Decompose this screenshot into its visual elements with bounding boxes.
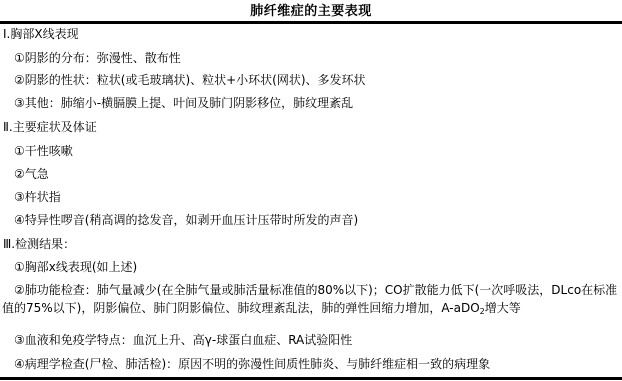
symptom-item-rales: ④特异性啰音(稍高调的捻发音，如剥开血压计压带时所发的声音) (0, 210, 622, 230)
symptom-item-clubbing: ③杵状指 (0, 187, 622, 207)
test-item-blood-immunology: ③血液和免疫学特点：血沉上升、高γ-球蛋白血症、RA试验阳性 (0, 330, 622, 350)
test-item-xray: ①胸部x线表现(如上述) (0, 257, 622, 277)
pulmonary-function-text-end: 增大等 (485, 301, 521, 315)
symptom-item-dry-cough: ①干性咳嗽 (0, 141, 622, 161)
xray-item-other: ③其他：肺缩小-横膈膜上提、叶间及肺门阴影移位，肺纹理紊乱 (0, 93, 622, 113)
symptom-item-dyspnea: ②气急 (0, 164, 622, 184)
document-title: 肺纤维症的主要表现 (0, 4, 622, 20)
section-heading-tests: Ⅲ.检测结果： (0, 234, 621, 254)
pulmonary-function-text: ②肺功能检查：肺气量减少(在全肺气量或肺活量标准值的80%以下)；CO扩散能力低… (2, 283, 617, 315)
test-item-pulmonary-function: ②肺功能检查：肺气量减少(在全肺气量或肺活量标准值的80%以下)；CO扩散能力低… (0, 281, 618, 321)
section-heading-symptoms: Ⅱ.主要症状及体证 (0, 117, 621, 137)
bottom-rule-divider (0, 377, 622, 380)
section-heading-xray: Ⅰ.胸部X线表现 (0, 24, 621, 44)
xray-item-distribution: ①阴影的分布：弥漫性、散布性 (0, 48, 622, 68)
test-item-pathology: ④病理学检查(尸检、肺活检)：原因不明的弥漫性间质性肺炎、与肺纤维症相一致的病理… (0, 354, 622, 374)
xray-item-shape: ②阴影的性状：粒状(或毛玻璃状)、粒状+小环状(网状)、多发环状 (0, 70, 622, 90)
